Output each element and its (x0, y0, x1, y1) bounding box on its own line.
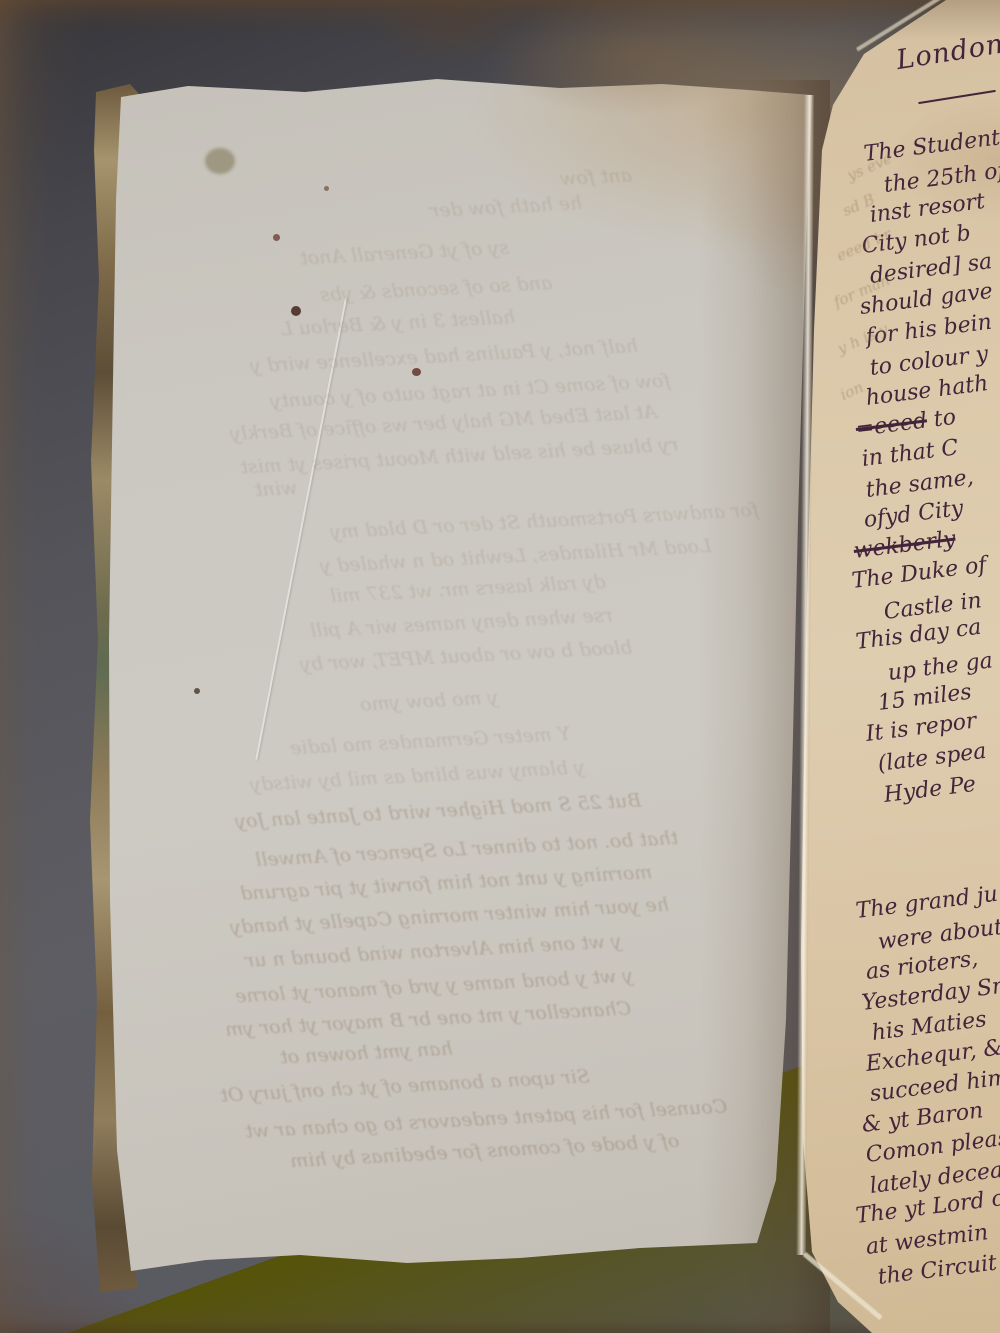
manuscript-photo: ant fow he hath fow der sy of yt General… (0, 0, 1000, 1333)
manuscript-text: The Students m the 25th of inst resort C… (826, 140, 1000, 1294)
line-rest: to (925, 404, 957, 432)
struck-word: =eeed (854, 408, 928, 442)
